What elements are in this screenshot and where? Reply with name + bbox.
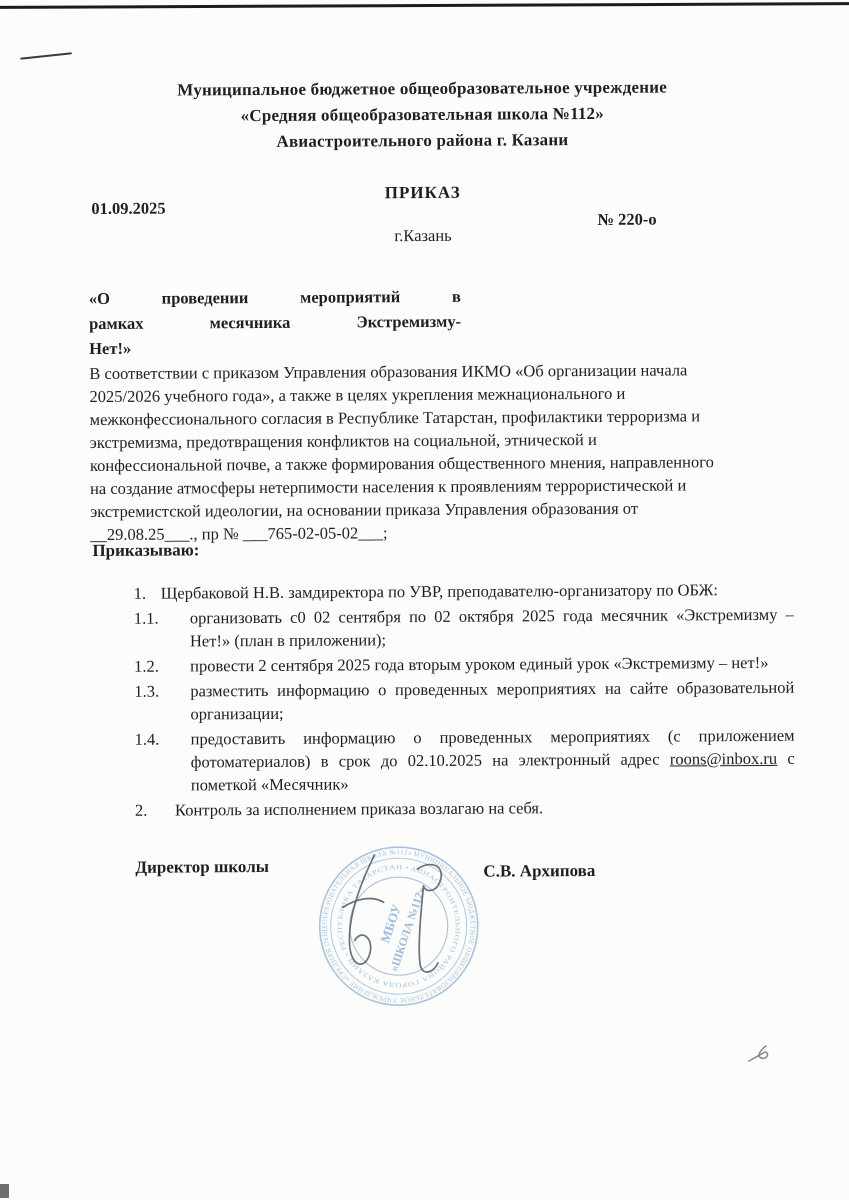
item-text: разместить информацию о проведенных меро… (190, 676, 794, 726)
subject-line: «О проведении мероприятий в (89, 284, 461, 311)
scanned-order-document: Муниципальное бюджетное общеобразователь… (0, 0, 849, 1200)
email-address: roons@inbox.ru (670, 749, 777, 769)
item-number: 2. (135, 799, 175, 822)
preamble-line: конфессиональной почве, а также формиров… (90, 450, 804, 477)
order-item: 1.2. провести 2 сентября 2025 года вторы… (134, 651, 794, 678)
resolve-label: Приказываю: (92, 540, 199, 561)
org-name-line-3: Авиастроительного района г. Казани (0, 125, 847, 156)
item-number: 1.3. (134, 679, 190, 725)
order-subject: «О проведении мероприятий в рамках месяч… (89, 284, 461, 361)
order-item: 1.4. предоставить информацию о проведенн… (135, 724, 795, 797)
item-text: провести 2 сентября 2025 года вторым уро… (190, 651, 794, 678)
order-items: 1. Щербаковой Н.В. замдиректора по УВР, … (134, 578, 795, 824)
item-text: организовать с0 02 сентября по 02 октябр… (190, 603, 794, 653)
order-item: 1.1. организовать с0 02 сентября по 02 о… (134, 603, 794, 653)
item-number: 1.1. (134, 606, 190, 652)
letterhead: Муниципальное бюджетное общеобразователь… (0, 73, 847, 156)
signature-name: С.В. Архипова (483, 861, 595, 882)
preamble-line: межконфессионального согласия в Республи… (90, 404, 804, 431)
item-text: Щербаковой Н.В. замдиректора по УВР, пре… (161, 578, 794, 605)
subject-line: рамках месячника Экстремизму- (89, 309, 461, 336)
item-number: 1.4. (135, 727, 191, 796)
order-item: 2. Контроль за исполнением приказа возла… (135, 795, 795, 822)
order-item: 1. Щербаковой Н.В. замдиректора по УВР, … (134, 578, 794, 605)
order-city: г.Казань (0, 223, 848, 248)
order-date: 01.09.2025 (91, 199, 165, 219)
signature-role: Директор школы (135, 857, 269, 878)
item-text: предоставить информацию о проведенных ме… (191, 724, 795, 797)
order-item: 1.3. разместить информацию о проведенных… (134, 676, 794, 726)
item-number: 1.2. (134, 654, 190, 677)
subject-line: Нет!» (89, 334, 461, 361)
signature-scribble (320, 845, 481, 1006)
order-preamble: В соответствии с приказом Управления обр… (89, 358, 804, 546)
item-number: 1. (134, 582, 161, 605)
item-text: Контроль за исполнением приказа возлагаю… (175, 795, 795, 822)
